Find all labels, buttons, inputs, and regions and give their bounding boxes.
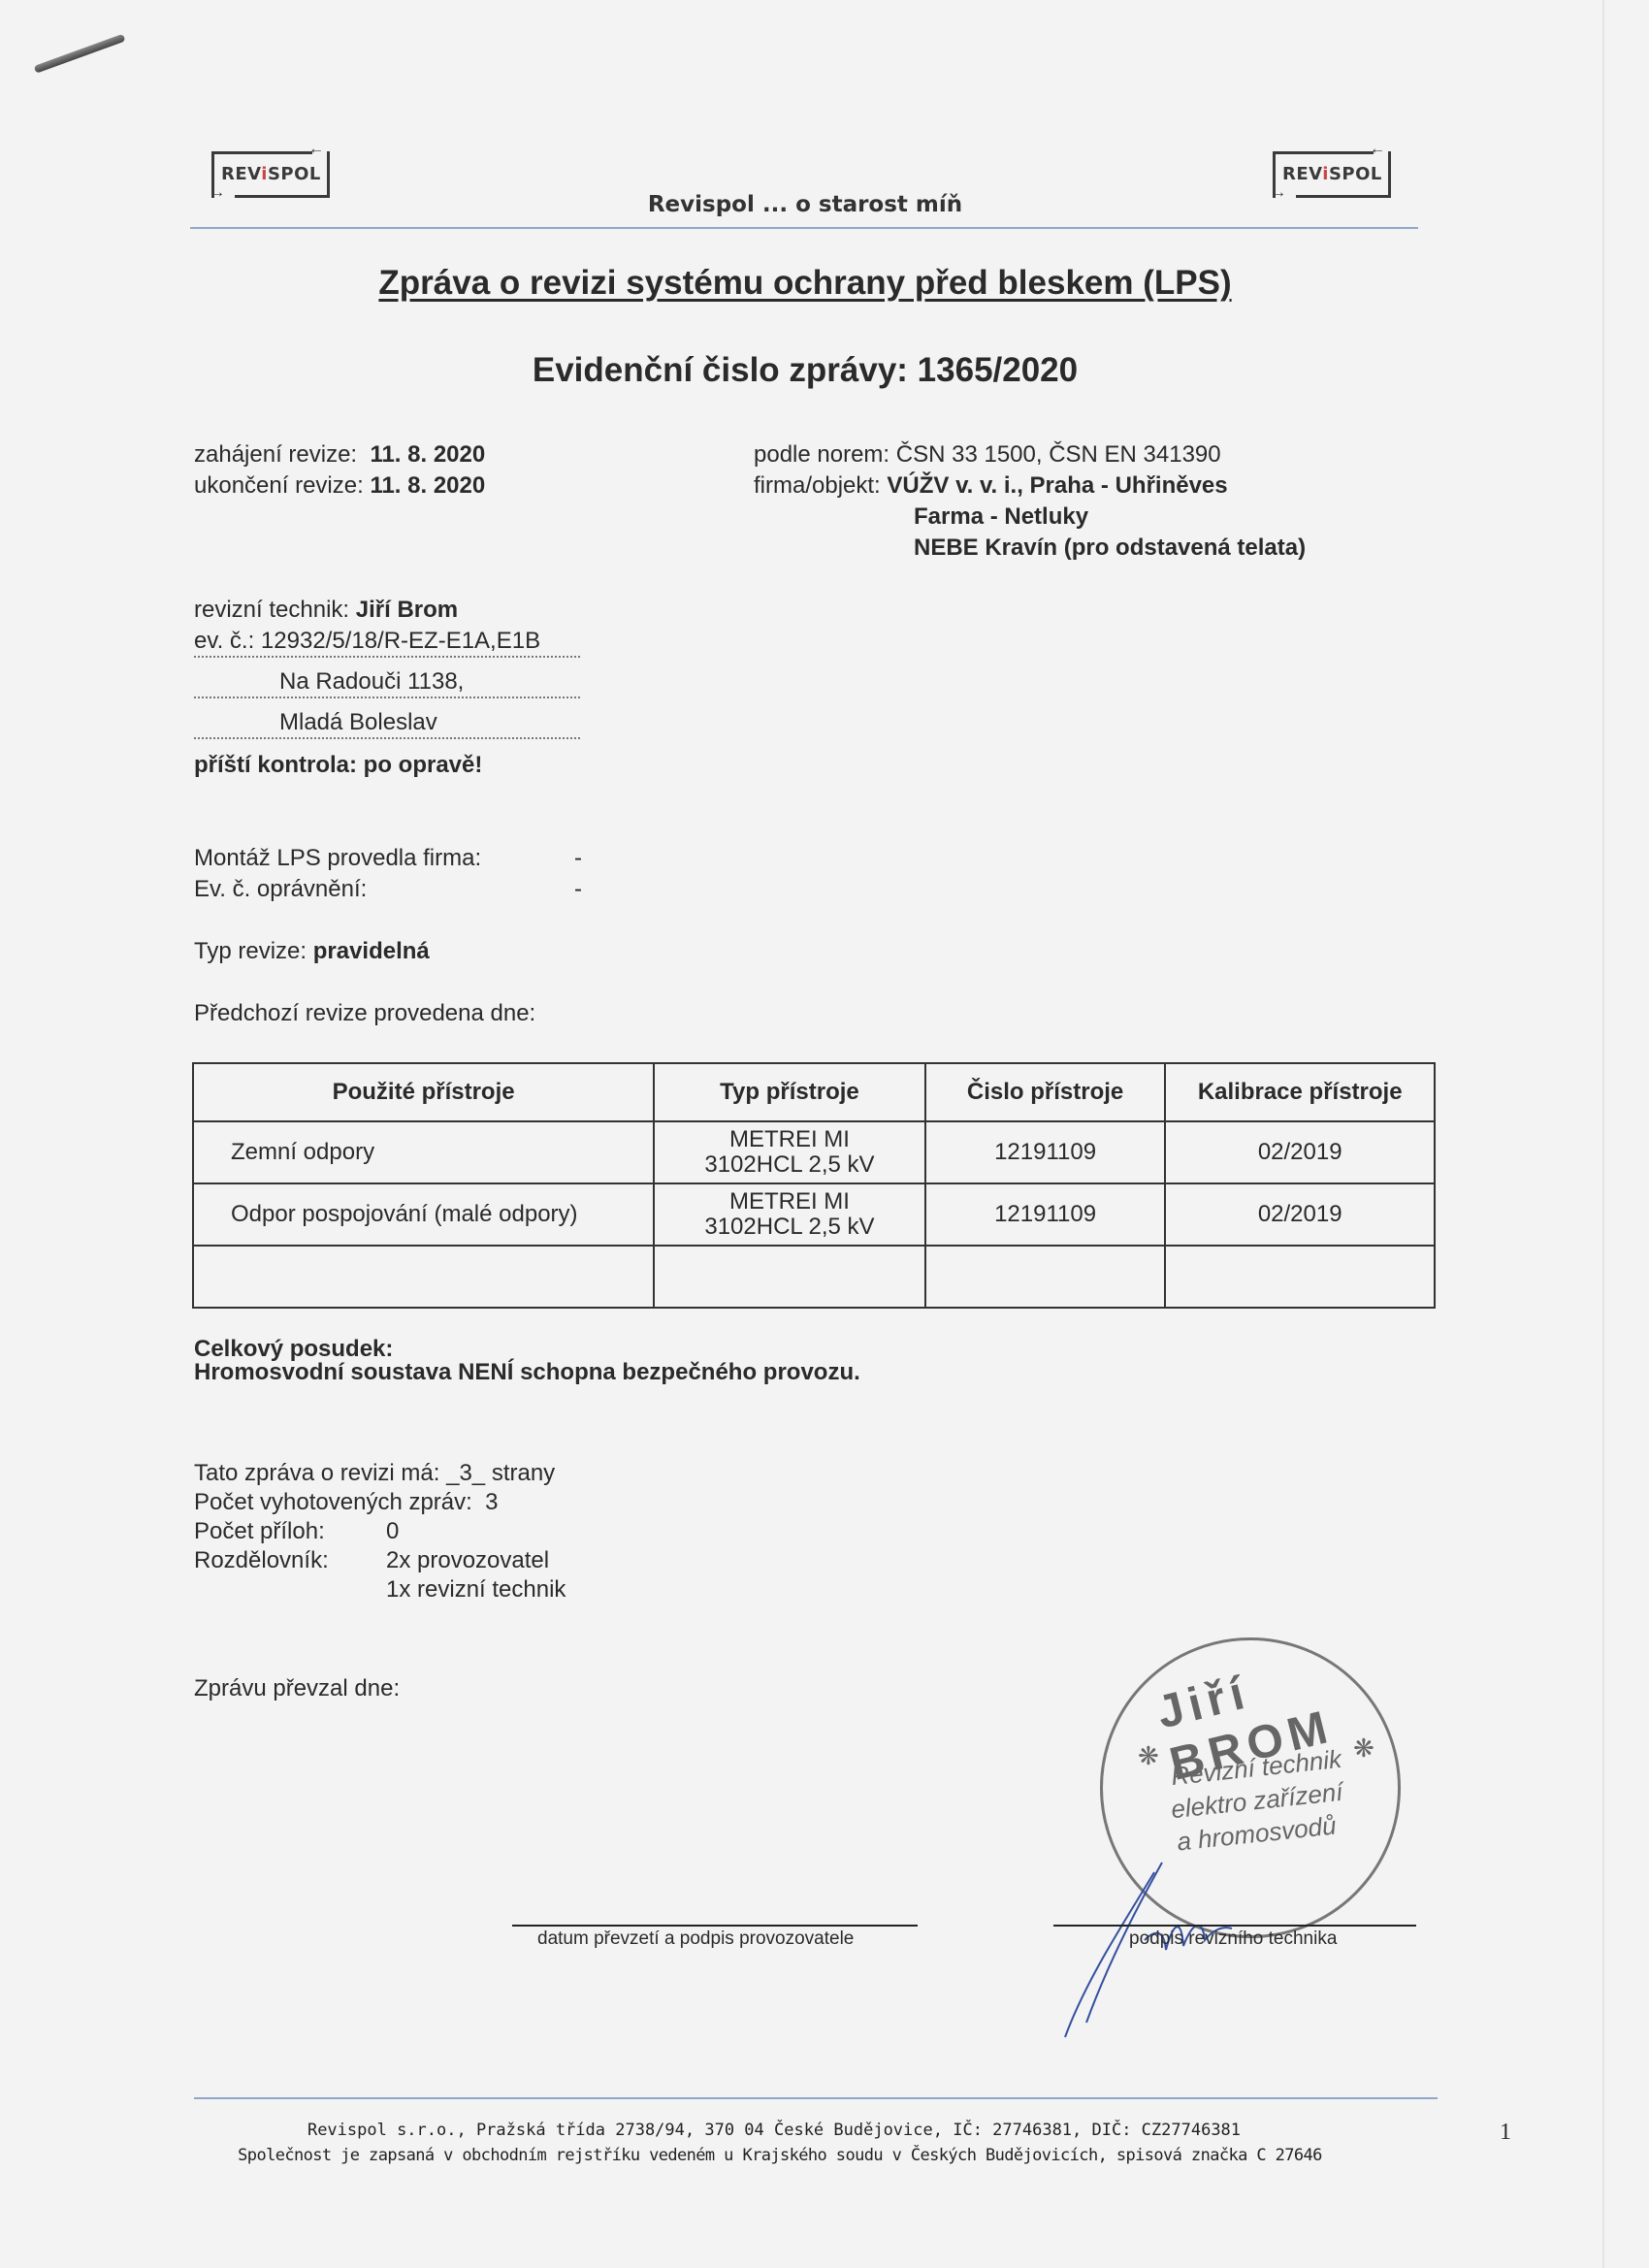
cell-calibration: 02/2019 — [1165, 1121, 1435, 1183]
cell-use — [193, 1246, 654, 1308]
receipt-label: Zprávu převzal dne: — [194, 1674, 400, 1703]
column-header: Typ přístroje — [654, 1063, 925, 1121]
column-header: Čislo přístroje — [925, 1063, 1166, 1121]
operator-signature-caption: datum převzetí a podpis provozovatele — [537, 1928, 854, 1950]
address-line2: Mladá Boleslav — [279, 709, 437, 735]
column-header: Kalibrace přístroje — [1165, 1063, 1435, 1121]
technician-ev-value: 12932/5/18/R-EZ-E1A,E1B — [261, 628, 540, 654]
arrow-left-icon: ← — [1370, 141, 1385, 158]
cell-number: 12191109 — [925, 1121, 1166, 1183]
technician: revizní technik: Jiří Brom — [194, 596, 458, 625]
type-line1: METREI MI — [661, 1127, 919, 1152]
distribution-item: 2x provozovatel — [386, 1546, 549, 1575]
revision-end: ukončení revize: 11. 8. 2020 — [194, 471, 485, 501]
distribution-label: Rozdělovník: — [194, 1546, 329, 1575]
footer-registry: Společnost je zapsaná v obchodním rejstř… — [0, 2146, 1604, 2165]
installation-auth-value: - — [574, 875, 582, 904]
cell-type — [654, 1246, 925, 1308]
operator-signature-line — [512, 1925, 918, 1927]
revision-end-label: ukončení revize: — [194, 472, 364, 499]
revision-end-value: 11. 8. 2020 — [370, 472, 485, 499]
cell-use: Zemní odpory — [193, 1121, 654, 1183]
footer-address: Revispol s.r.o., Pražská třída 2738/94, … — [0, 2121, 1599, 2140]
logo-wordmark: REViSPOL — [221, 164, 321, 184]
norms-label: podle norem: — [754, 441, 889, 468]
next-check: příští kontrola: po opravě! — [194, 751, 482, 780]
report-number: Evidenční čislo zprávy: 1365/2020 — [0, 351, 1610, 390]
pages-info: Tato zpráva o revizi má: _3_ strany — [194, 1459, 555, 1488]
cell-calibration: 02/2019 — [1165, 1183, 1435, 1246]
attachments-value: 0 — [386, 1517, 399, 1546]
object-line1: VÚŽV v. v. i., Praha - Uhřiněves — [887, 472, 1227, 499]
technician-ev: ev. č.: 12932/5/18/R-EZ-E1A,E1B — [194, 627, 580, 658]
installation-auth-label: Ev. č. oprávnění: — [194, 875, 367, 904]
cell-calibration — [1165, 1246, 1435, 1308]
table-row: Zemní odpory METREI MI3102HCL 2,5 kV 121… — [193, 1121, 1435, 1183]
arrow-left-icon: ← — [308, 141, 324, 158]
previous-revision: Předchozí revize provedena dne: — [194, 999, 535, 1028]
revision-start-label: zahájení revize: — [194, 441, 357, 468]
staple-mark — [34, 34, 126, 74]
cell-number: 12191109 — [925, 1183, 1166, 1246]
revision-type-value: pravidelná — [313, 938, 430, 964]
installation-firm-value: - — [574, 844, 582, 873]
installation-firm-label: Montáž LPS provedla firma: — [194, 844, 481, 873]
asterisk-icon: ❋ — [1353, 1733, 1374, 1764]
norms: podle norem: ČSN 33 1500, ČSN EN 341390 — [754, 440, 1221, 470]
norms-value: ČSN 33 1500, ČSN EN 341390 — [896, 441, 1221, 468]
object-line2: Farma - Netluky — [914, 502, 1088, 532]
table-row: Odpor pospojování (malé odpory) METREI M… — [193, 1183, 1435, 1246]
cell-type: METREI MI3102HCL 2,5 kV — [654, 1121, 925, 1183]
technician-name: Jiří Brom — [356, 597, 458, 623]
type-line1: METREI MI — [661, 1189, 919, 1215]
technician-label: revizní technik: — [194, 597, 349, 623]
asterisk-icon: ❋ — [1138, 1741, 1159, 1771]
report-title: Zpráva o revizi systému ochrany před ble… — [0, 264, 1610, 303]
copies-label: Počet vyhotovených zpráv: — [194, 1489, 472, 1515]
overall-verdict: Hromosvodní soustava NENÍ schopna bezpeč… — [194, 1358, 860, 1387]
technician-ev-label: ev. č.: — [194, 628, 254, 654]
revision-type-label: Typ revize: — [194, 938, 307, 964]
page-number: 1 — [1500, 2120, 1511, 2146]
cell-number — [925, 1246, 1166, 1308]
cell-type: METREI MI3102HCL 2,5 kV — [654, 1183, 925, 1246]
object: firma/objekt: VÚŽV v. v. i., Praha - Uhř… — [754, 471, 1228, 501]
type-line2: 3102HCL 2,5 kV — [661, 1215, 919, 1240]
instruments-table: Použité přístroje Typ přístroje Čislo př… — [192, 1062, 1436, 1309]
technician-address1: Na Radouči 1138, — [194, 667, 580, 698]
object-label: firma/objekt: — [754, 472, 881, 499]
copies-value: 3 — [485, 1489, 498, 1515]
distribution-item: 1x revizní technik — [386, 1575, 566, 1604]
address-line1: Na Radouči 1138, — [279, 668, 464, 695]
header-tagline: Revispol ... o starost míň — [0, 192, 1610, 217]
cell-use: Odpor pospojování (malé odpory) — [193, 1183, 654, 1246]
table-header-row: Použité přístroje Typ přístroje Čislo př… — [193, 1063, 1435, 1121]
page-edge-shadow — [1602, 0, 1604, 2268]
technician-signature-caption: podpis revizního technika — [1129, 1928, 1337, 1950]
previous-revision-label: Předchozí revize provedena dne: — [194, 1000, 535, 1026]
revision-start-value: 11. 8. 2020 — [370, 441, 485, 468]
attachments-label: Počet příloh: — [194, 1517, 325, 1546]
revision-type: Typ revize: pravidelná — [194, 937, 430, 966]
table-row — [193, 1246, 1435, 1308]
revision-start: zahájení revize: 11. 8. 2020 — [194, 440, 485, 470]
pages-value: _3_ strany — [446, 1460, 555, 1486]
pages-label: Tato zpráva o revizi má: — [194, 1460, 439, 1486]
technician-address2: Mladá Boleslav — [194, 708, 580, 739]
technician-signature-line — [1053, 1925, 1416, 1927]
footer-divider — [194, 2097, 1438, 2099]
header-divider — [190, 227, 1418, 229]
object-line3: NEBE Kravín (pro odstavená telata) — [914, 534, 1306, 563]
column-header: Použité přístroje — [193, 1063, 654, 1121]
copies-info: Počet vyhotovených zpráv: 3 — [194, 1488, 499, 1517]
logo-wordmark: REViSPOL — [1282, 164, 1382, 184]
type-line2: 3102HCL 2,5 kV — [661, 1152, 919, 1178]
